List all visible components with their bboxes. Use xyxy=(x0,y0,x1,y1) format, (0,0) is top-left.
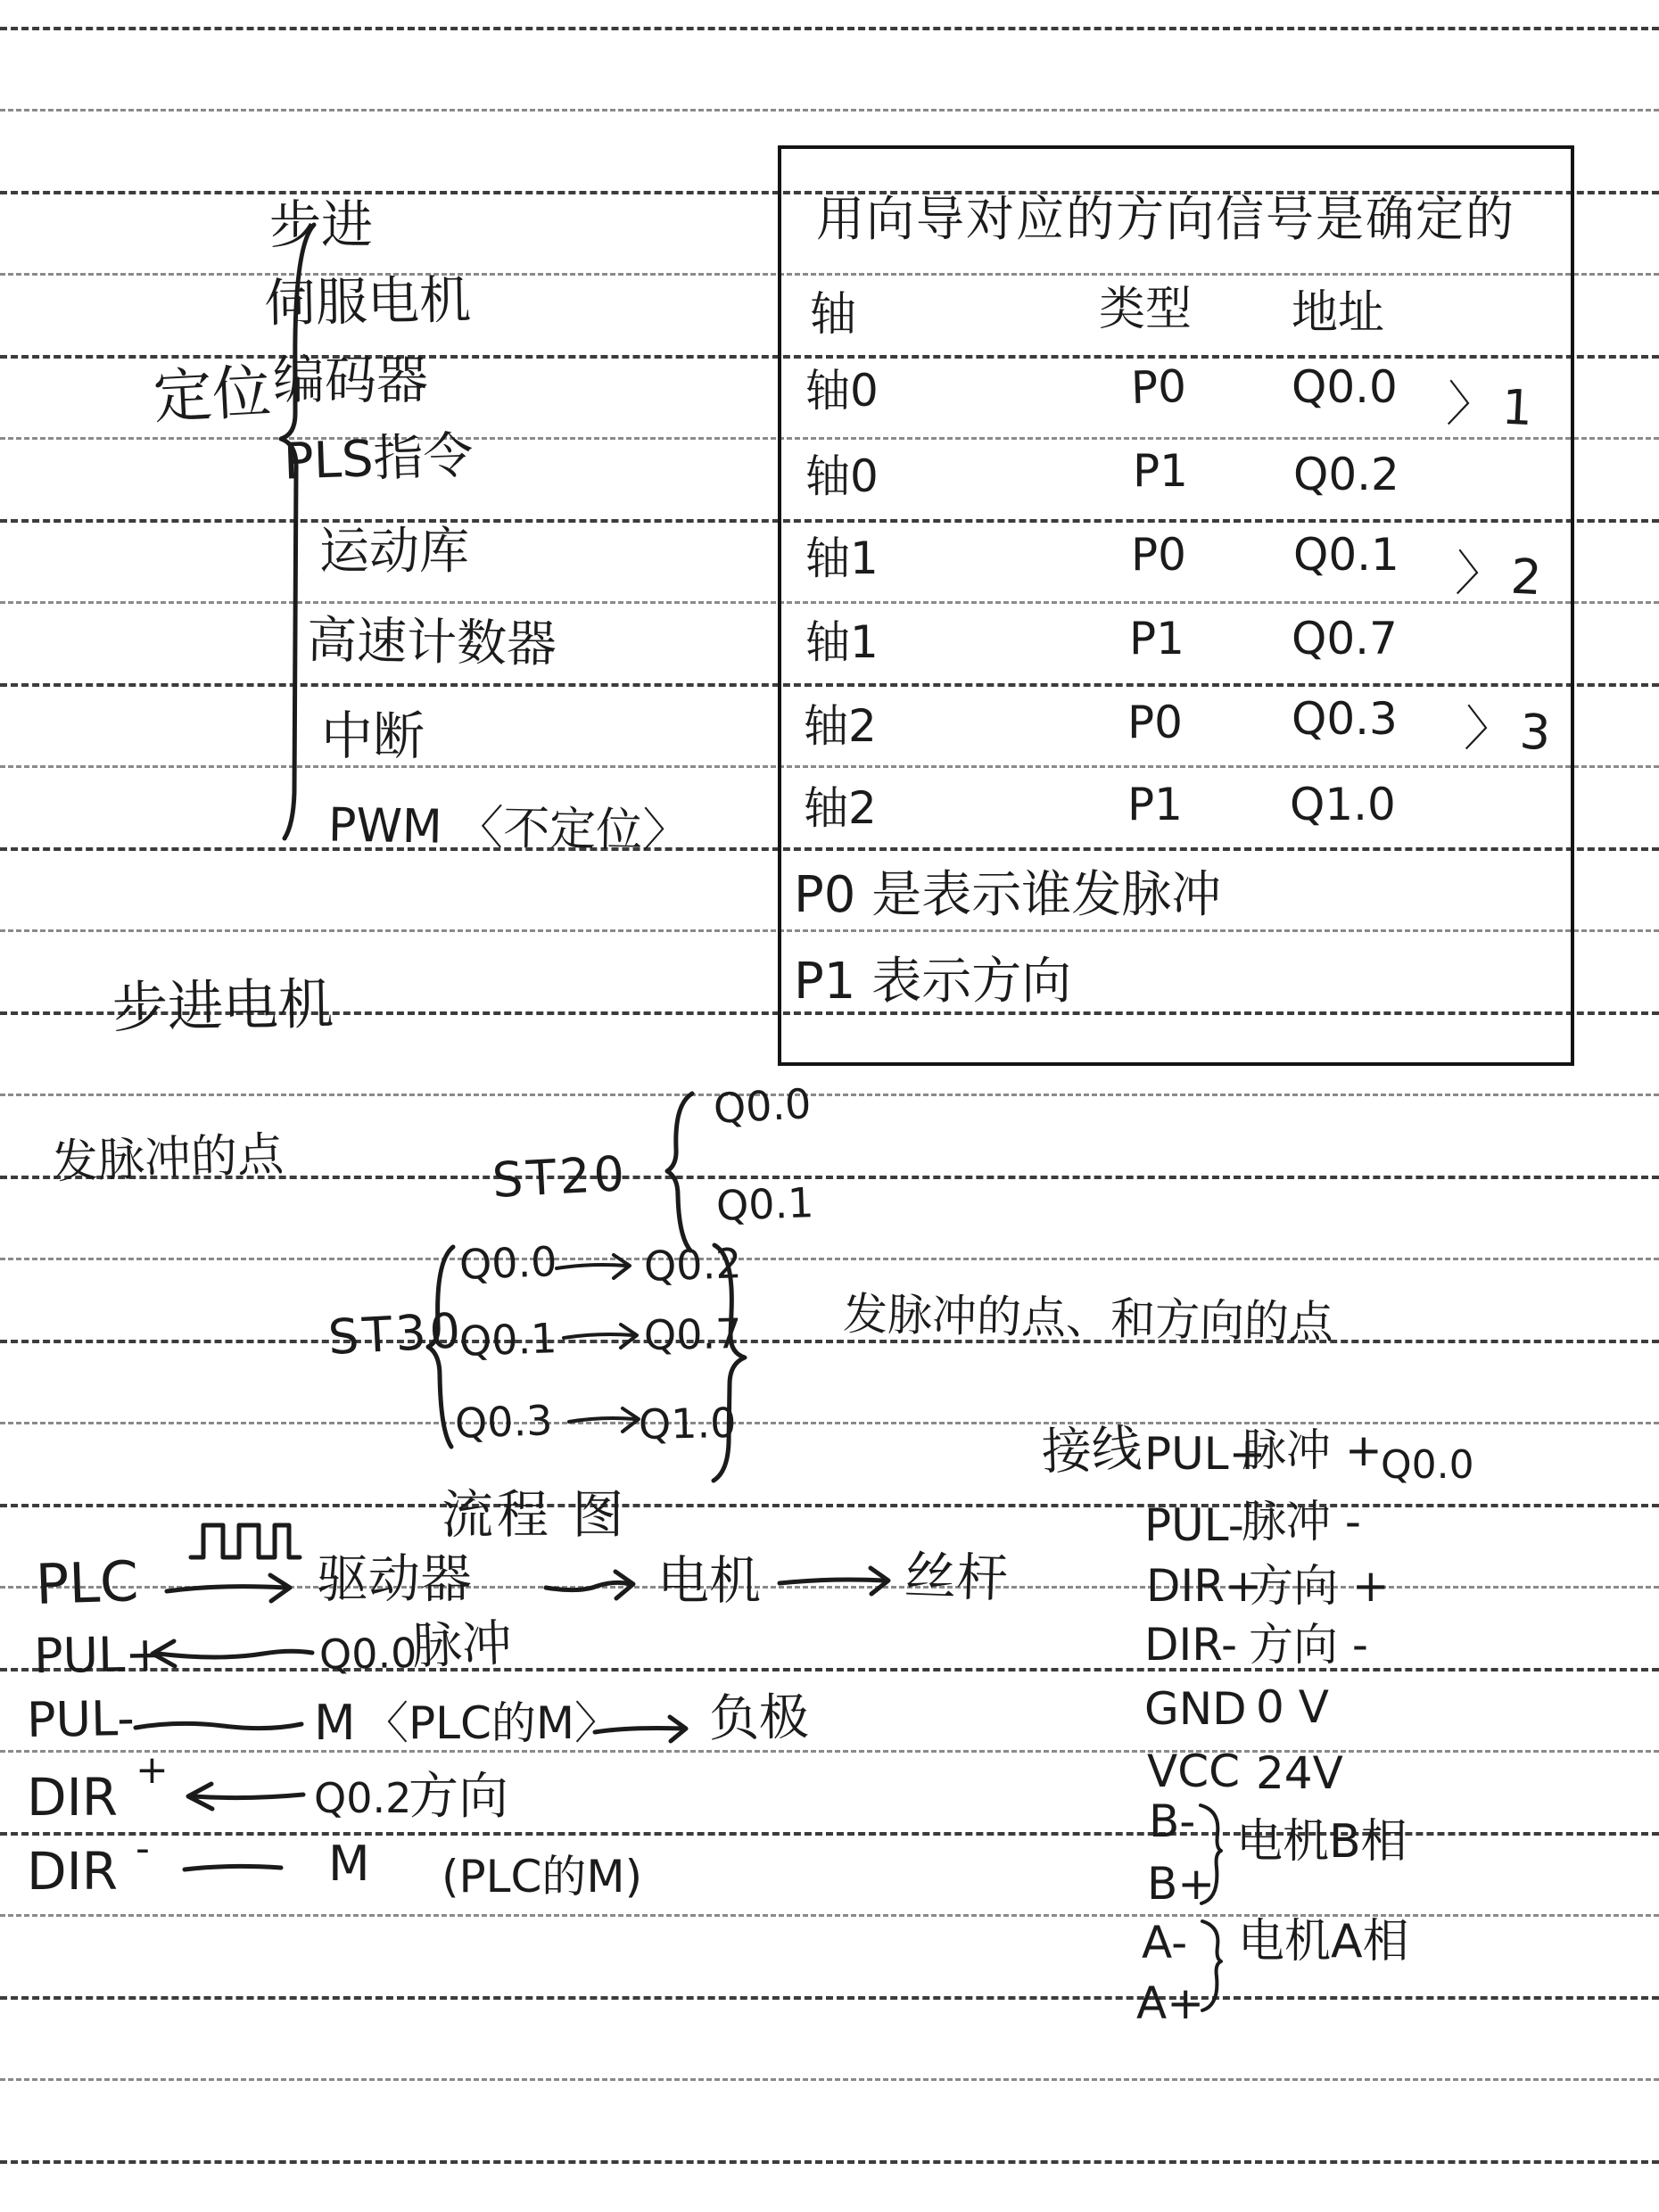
flow-title: 流程 图 xyxy=(442,1488,627,1542)
ruled-line xyxy=(0,1340,1659,1343)
stepper-heading: 步进电机 xyxy=(111,975,334,1036)
phase-pin: B+ xyxy=(1147,1861,1215,1908)
dir-plus-desc: 方向 xyxy=(409,1771,508,1824)
pul-plus-desc: 脉冲 xyxy=(411,1618,513,1674)
positioning-item: 运动库 xyxy=(319,526,469,579)
table-cell-axis: 轴0 xyxy=(805,453,879,500)
st30-map-to: Q1.0 xyxy=(639,1401,737,1446)
dir-minus-label: DIR xyxy=(27,1845,118,1899)
pul-minus-label: PUL- xyxy=(27,1694,136,1746)
ruled-line xyxy=(0,27,1659,30)
st30-map-from: Q0.3 xyxy=(454,1399,553,1445)
right-arrow xyxy=(778,1565,904,1597)
st30-map-from: Q0.1 xyxy=(458,1316,557,1363)
flow-node-motor: 电机 xyxy=(657,1554,761,1608)
right-arrow xyxy=(544,1570,649,1602)
right-arrow xyxy=(555,1252,644,1281)
dir-minus-sign: - xyxy=(136,1828,150,1869)
table-cell-type: P0 xyxy=(1127,699,1183,747)
ruled-line xyxy=(0,2160,1659,2164)
table-cell-type: P0 xyxy=(1131,532,1186,579)
pul-plus-source: Q0.0 xyxy=(319,1631,417,1676)
phase-pin: B- xyxy=(1149,1798,1195,1845)
st20-output: Q0.1 xyxy=(715,1181,814,1227)
st30-note: 发脉冲的点、和方向的点 xyxy=(843,1291,1334,1346)
pulse-points-label: 发脉冲的点 xyxy=(51,1130,285,1187)
table-cell-type: P1 xyxy=(1133,448,1188,495)
wiring-desc: 脉冲 - xyxy=(1242,1498,1361,1546)
ruled-line xyxy=(0,1832,1659,1836)
dash-line xyxy=(134,1717,303,1735)
dash-line xyxy=(183,1861,283,1877)
table-cell-addr: Q0.7 xyxy=(1292,615,1398,663)
ruled-line xyxy=(0,1914,1659,1917)
wiring-pin: GND xyxy=(1144,1686,1247,1733)
wiring-desc: 0 V xyxy=(1256,1684,1329,1731)
phase-label: 电机A相 xyxy=(1238,1918,1409,1967)
ruled-line xyxy=(0,1996,1659,2000)
right-arrow xyxy=(165,1572,308,1604)
positioning-item: PLS指令 xyxy=(283,430,474,489)
table-cell-axis: 轴0 xyxy=(805,367,879,415)
table-cell-type: P0 xyxy=(1130,363,1187,412)
ruled-line xyxy=(0,1258,1659,1260)
wizard-note: P0 是表示谁发脉冲 xyxy=(794,870,1221,922)
pul-minus-target: 负极 xyxy=(708,1692,809,1746)
group-marker: 〉2 xyxy=(1455,549,1550,604)
table-cell-addr: Q0.0 xyxy=(1292,364,1398,411)
table-cell-axis: 轴1 xyxy=(805,535,879,582)
wiring-desc: 方向 - xyxy=(1249,1622,1368,1669)
dir-plus-label: DIR xyxy=(27,1770,118,1825)
table-cell-addr: Q0.3 xyxy=(1292,696,1398,743)
ruled-line xyxy=(0,109,1659,111)
wizard-box-title: 用向导对应的方向信号是确定的 xyxy=(816,194,1515,245)
st30-label: ST30 xyxy=(327,1306,466,1364)
flow-node-screw: 丝杆 xyxy=(904,1548,1009,1606)
dir-plus-source: Q0.2 xyxy=(314,1777,411,1820)
positioning-label: 定位 xyxy=(152,361,272,429)
pul-minus-paren: 〈PLC的M〉 xyxy=(364,1700,619,1747)
dir-plus-sign: + xyxy=(136,1750,169,1791)
table-cell-axis: 轴1 xyxy=(805,619,879,666)
st30-map-from: Q0.0 xyxy=(458,1240,557,1286)
ruled-line xyxy=(0,2078,1659,2081)
ruled-line xyxy=(0,1504,1659,1507)
st30-map-to: Q0.7 xyxy=(644,1312,742,1357)
wiring-pin: DIR- xyxy=(1144,1622,1237,1669)
wiring-addr: Q0.0 xyxy=(1381,1445,1474,1486)
table-cell-addr: Q0.1 xyxy=(1293,532,1399,579)
table-cell-type: P1 xyxy=(1127,781,1183,829)
wiring-desc: 脉冲 + xyxy=(1242,1427,1382,1474)
positioning-item: PWM 〈不定位〉 xyxy=(328,801,689,856)
st20-curly-brace xyxy=(660,1086,696,1256)
notebook-page: 定位 步进 伺服电机 编码器 PLS指令 运动库 高速计数器 中断 PWM 〈不… xyxy=(0,0,1659,2212)
dir-minus-paren: (PLC的M) xyxy=(442,1853,642,1901)
pul-minus-mid: M xyxy=(314,1698,356,1749)
phase-pin: A- xyxy=(1142,1919,1187,1967)
table-cell-addr: Q0.2 xyxy=(1293,451,1399,499)
wiring-pin: VCC xyxy=(1147,1748,1240,1795)
ruled-line xyxy=(0,1422,1659,1424)
wiring-pin: PUL- xyxy=(1144,1502,1244,1549)
phase-label: 电机B相 xyxy=(1236,1818,1407,1867)
pulse-waveform-icon xyxy=(189,1516,303,1563)
pul-plus-label: PUL+ xyxy=(34,1630,166,1682)
ruled-line xyxy=(0,1750,1659,1753)
right-arrow xyxy=(562,1322,651,1350)
column-header-type: 类型 xyxy=(1099,285,1192,334)
column-header-addr: 地址 xyxy=(1292,289,1384,338)
positioning-item: 步进 xyxy=(269,198,373,252)
left-arrow xyxy=(174,1780,306,1812)
positioning-item: 中断 xyxy=(321,709,425,763)
wiring-desc: 方向 + xyxy=(1249,1563,1390,1610)
table-cell-axis: 轴2 xyxy=(804,785,877,832)
positioning-item: 高速计数器 xyxy=(307,615,557,673)
wiring-heading: 接线 xyxy=(1041,1424,1143,1480)
flow-node-driver: 驱动器 xyxy=(317,1552,472,1606)
wizard-note: P1 表示方向 xyxy=(794,956,1071,1009)
positioning-item: 编码器 xyxy=(273,353,428,408)
group-marker: 〉3 xyxy=(1464,704,1559,759)
table-cell-type: P1 xyxy=(1129,615,1184,663)
st20-label: ST20 xyxy=(491,1149,630,1207)
column-header-axis: 轴 xyxy=(810,291,856,340)
ruled-line xyxy=(0,1094,1659,1096)
positioning-item: 伺服电机 xyxy=(263,273,471,331)
wiring-pin: DIR+ xyxy=(1146,1563,1262,1610)
table-cell-addr: Q1.0 xyxy=(1290,781,1396,829)
wiring-desc: 24V xyxy=(1256,1750,1343,1797)
group-marker: 〉1 xyxy=(1446,379,1541,434)
flow-node-plc: PLC xyxy=(35,1552,139,1614)
st20-output: Q0.0 xyxy=(713,1082,813,1130)
st30-map-to: Q0.2 xyxy=(643,1242,742,1288)
phase-pin: A+ xyxy=(1136,1980,1204,2027)
table-cell-axis: 轴2 xyxy=(804,703,877,750)
dir-minus-mid: M xyxy=(328,1839,370,1890)
